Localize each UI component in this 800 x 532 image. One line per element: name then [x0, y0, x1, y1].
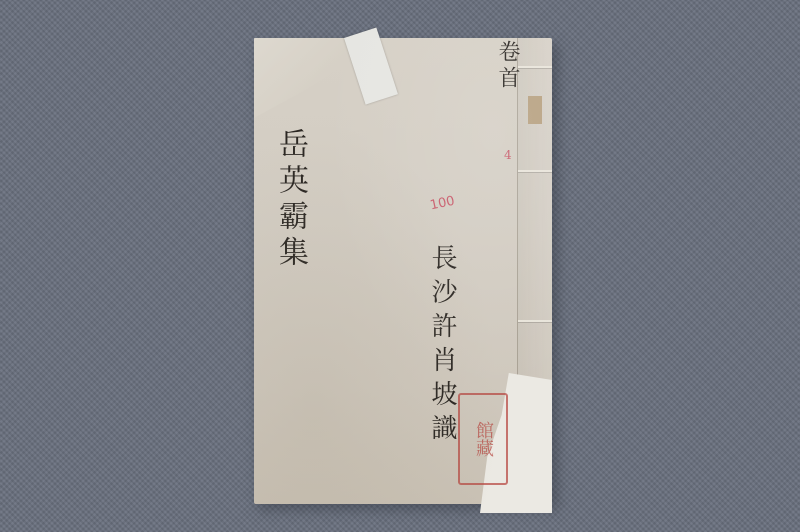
pencil-mark: 100	[429, 194, 456, 214]
book-cover: 岳英霸集 卷首 100 4 長沙許肖坡識 館藏	[254, 38, 552, 504]
red-seal-stamp: 館藏	[458, 393, 508, 485]
red-mark: 4	[504, 148, 512, 162]
paper-repair-patch	[528, 96, 542, 124]
binding-stitch	[518, 170, 552, 172]
binding-stitch	[518, 320, 552, 322]
volume-label: 卷首	[492, 40, 523, 92]
seal-text: 館藏	[469, 421, 497, 457]
author-inscription: 長沙許肖坡識	[424, 244, 461, 448]
binding-stitch	[518, 66, 552, 68]
book-title: 岳英霸集	[268, 128, 312, 272]
repair-tape	[344, 27, 398, 104]
